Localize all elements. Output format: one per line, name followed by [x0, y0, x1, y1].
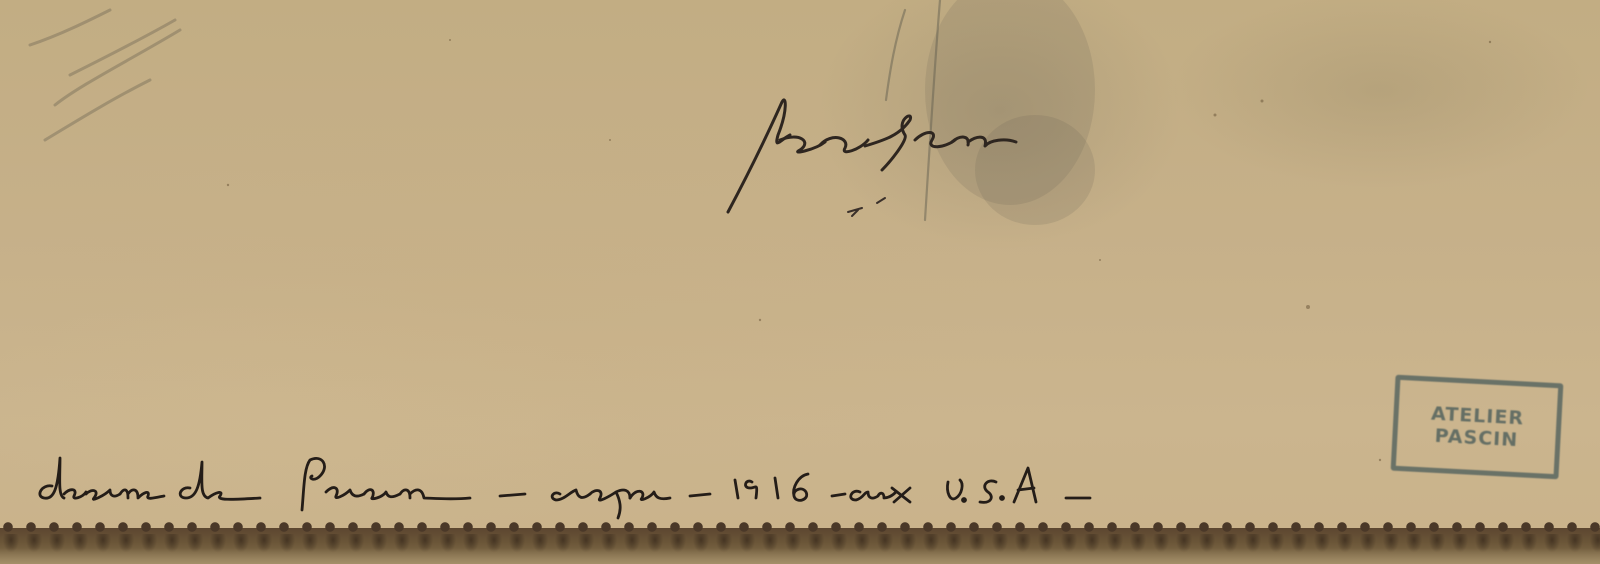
mount-board — [0, 548, 1600, 564]
artwork-paper: pascin dessiné de Pascin - crayon - 1916… — [0, 0, 1600, 564]
atelier-pascin-stamp: ATELIER PASCIN — [1391, 375, 1564, 480]
deckle-scallops — [0, 519, 1600, 535]
stamp-line-pascin: PASCIN — [1434, 425, 1519, 451]
artist-signature: pascin — [720, 80, 1050, 230]
